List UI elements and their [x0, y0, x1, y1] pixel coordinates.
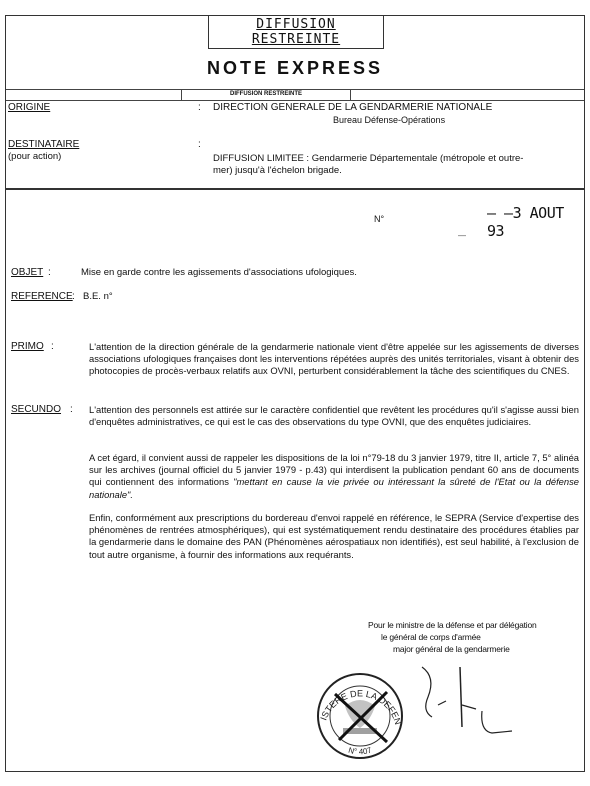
- destinataire-sublabel: (pour action): [8, 151, 61, 162]
- secundo-colon: :: [70, 404, 73, 415]
- origine-colon: :: [198, 102, 201, 113]
- seal-number: N° 407: [347, 745, 373, 756]
- document-page: DIFFUSION RESTREINTE NOTE EXPRESS DIFFUS…: [5, 15, 585, 772]
- destinataire-colon: :: [198, 139, 201, 150]
- destinataire-line1: DIFFUSION LIMITEE : Gendarmerie Départem…: [213, 153, 523, 165]
- reference-label: REFERENCE: [11, 291, 73, 302]
- secundo-label: SECUNDO: [11, 404, 61, 415]
- primo-colon: :: [51, 341, 54, 352]
- divider: [6, 188, 584, 190]
- dash-mark: —: [458, 230, 466, 242]
- objet-label: OBJET: [11, 267, 43, 278]
- classification-stamp-label: DIFFUSION RESTREINTE: [209, 17, 383, 47]
- divider: [6, 100, 584, 101]
- signature-line1: Pour le ministre de la défense et par dé…: [368, 620, 537, 630]
- destinataire-line2: mer) jusqu'à l'échelon brigade.: [213, 165, 342, 177]
- origine-value: DIRECTION GENERALE DE LA GENDARMERIE NAT…: [213, 102, 492, 113]
- official-seal-icon: MINISTERE DE LA DEFENSE N° 407: [315, 664, 405, 768]
- secundo-para2: A cet égard, il convient aussi de rappel…: [89, 452, 579, 501]
- classification-stamp-small: DIFFUSION RESTREINTE: [181, 89, 351, 100]
- primo-label: PRIMO: [11, 341, 44, 352]
- date-stamp: – –3 AOUT 93: [487, 204, 584, 240]
- number-label: N°: [374, 214, 384, 224]
- objet-text: Mise en garde contre les agissements d'a…: [81, 267, 357, 279]
- signature-line2: le général de corps d'armée: [381, 632, 481, 642]
- origine-bureau: Bureau Défense-Opérations: [333, 114, 445, 126]
- reference-colon: :: [72, 291, 75, 302]
- classification-stamp-top: DIFFUSION RESTREINTE: [208, 16, 384, 49]
- signature-line3: major général de la gendarmerie: [393, 644, 510, 654]
- primo-text: L'attention de la direction générale de …: [89, 341, 579, 378]
- handwritten-signature-icon: [420, 665, 520, 745]
- objet-colon: :: [48, 267, 51, 278]
- origine-label: ORIGINE: [8, 102, 50, 113]
- document-title: NOTE EXPRESS: [6, 58, 584, 79]
- svg-text:N° 407: N° 407: [347, 745, 373, 756]
- secundo-para1: L'attention des personnels est attirée s…: [89, 404, 579, 428]
- destinataire-label: DESTINATAIRE: [8, 139, 79, 150]
- secundo-para3: Enfin, conformément aux prescriptions du…: [89, 512, 579, 561]
- reference-text: B.E. n°: [83, 291, 113, 303]
